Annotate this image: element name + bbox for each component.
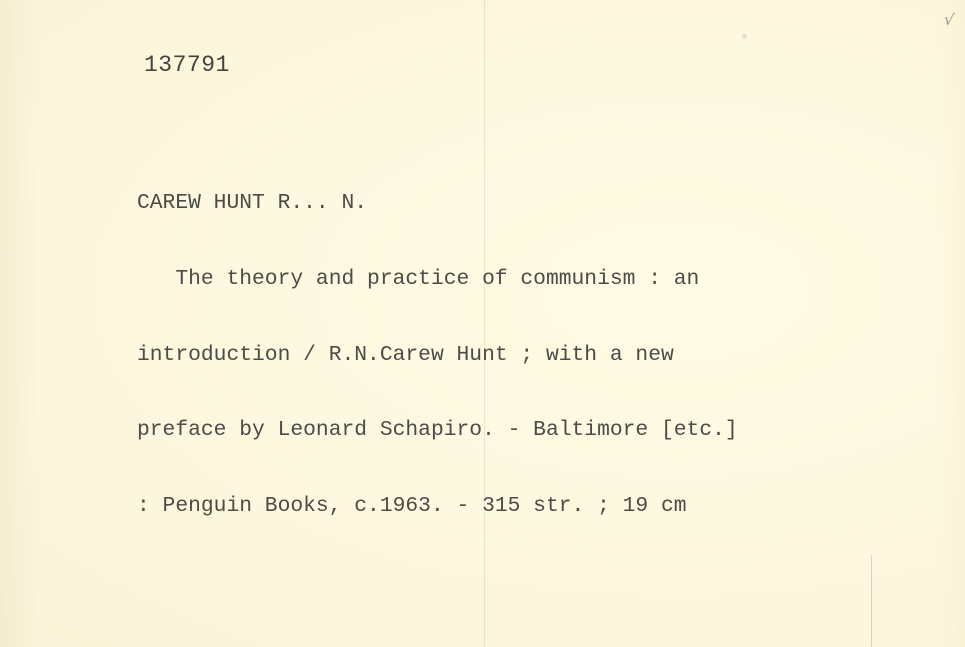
title-line-2: introduction / R.N.Carew Hunt ; with a n… bbox=[137, 343, 738, 368]
card-edge-mark bbox=[871, 555, 872, 647]
paper-speck bbox=[742, 34, 747, 39]
title-line-1: The theory and practice of communism : a… bbox=[137, 267, 738, 292]
author-heading: CAREW HUNT R... N. bbox=[137, 191, 738, 216]
accession-number: 137791 bbox=[144, 52, 230, 78]
check-mark-icon: √ bbox=[943, 9, 956, 29]
publication-line: preface by Leonard Schapiro. - Baltimore… bbox=[137, 418, 738, 443]
catalog-card: 137791 √ CAREW HUNT R... N. The theory a… bbox=[0, 0, 965, 647]
physical-description-line: : Penguin Books, c.1963. - 315 str. ; 19… bbox=[137, 494, 738, 519]
catalog-entry: CAREW HUNT R... N. The theory and practi… bbox=[137, 141, 738, 569]
